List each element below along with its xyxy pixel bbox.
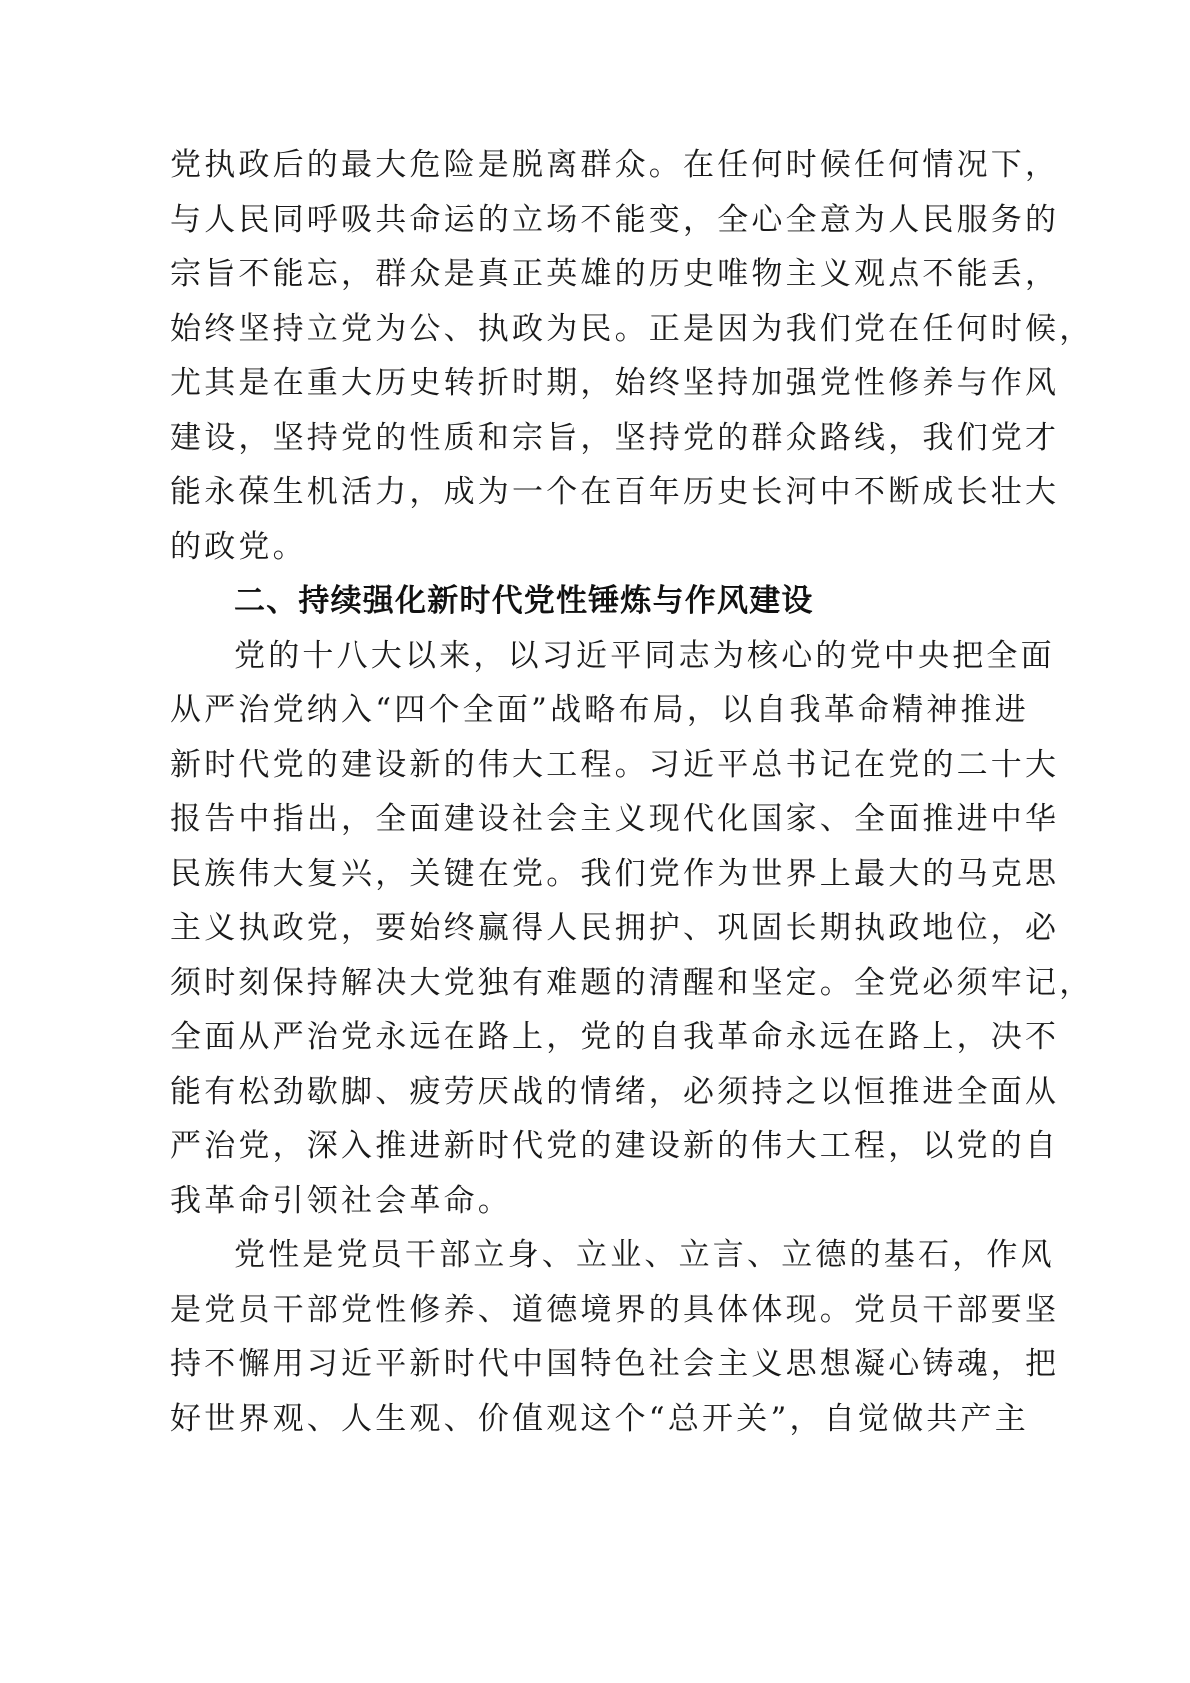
paragraph-line: 民族伟大复兴，关键在党。我们党作为世界上最大的马克思 [170,847,1030,902]
paragraph-line: 与人民同呼吸共命运的立场不能变，全心全意为人民服务的 [170,193,1030,248]
paragraph-line: 始终坚持立党为公、执政为民。正是因为我们党在任何时候， [170,302,1030,357]
paragraph-line: 能有松劲歇脚、疲劳厌战的情绪，必须持之以恒推进全面从 [170,1065,1030,1120]
paragraph-line: 持不懈用习近平新时代中国特色社会主义思想凝心铸魂，把 [170,1337,1030,1392]
paragraph-line: 严治党，深入推进新时代党的建设新的伟大工程，以党的自 [170,1119,1030,1174]
paragraph-line: 是党员干部党性修养、道德境界的具体体现。党员干部要坚 [170,1283,1030,1338]
paragraph-line: 新时代党的建设新的伟大工程。习近平总书记在党的二十大 [170,738,1030,793]
paragraph-line: 党执政后的最大危险是脱离群众。在任何时候任何情况下， [170,138,1030,193]
paragraph-line: 尤其是在重大历史转折时期，始终坚持加强党性修养与作风 [170,356,1030,411]
document-page: 党执政后的最大危险是脱离群众。在任何时候任何情况下， 与人民同呼吸共命运的立场不… [0,0,1190,1683]
paragraph-line: 党性是党员干部立身、立业、立言、立德的基石，作风 [170,1228,1030,1283]
paragraph-2: 党的十八大以来，以习近平同志为核心的党中央把全面 从严治党纳入“四个全面”战略布… [170,629,1030,1229]
section-heading-text: 二、持续强化新时代党性锤炼与作风建设 [170,574,1030,629]
paragraph-3: 党性是党员干部立身、立业、立言、立德的基石，作风 是党员干部党性修养、道德境界的… [170,1228,1030,1446]
paragraph-line: 全面从严治党永远在路上，党的自我革命永远在路上，决不 [170,1010,1030,1065]
paragraph-line: 我革命引领社会革命。 [170,1174,1030,1229]
paragraph-line: 报告中指出，全面建设社会主义现代化国家、全面推进中华 [170,792,1030,847]
paragraph-line: 主义执政党，要始终赢得人民拥护、巩固长期执政地位，必 [170,901,1030,956]
paragraph-line: 好世界观、人生观、价值观这个“总开关”，自觉做共产主 [170,1392,1030,1447]
paragraph-line: 宗旨不能忘，群众是真正英雄的历史唯物主义观点不能丢， [170,247,1030,302]
document-body: 党执政后的最大危险是脱离群众。在任何时候任何情况下， 与人民同呼吸共命运的立场不… [170,138,1030,1446]
paragraph-line: 须时刻保持解决大党独有难题的清醒和坚定。全党必须牢记， [170,956,1030,1011]
paragraph-line: 能永葆生机活力，成为一个在百年历史长河中不断成长壮大 [170,465,1030,520]
paragraph-line: 党的十八大以来，以习近平同志为核心的党中央把全面 [170,629,1030,684]
paragraph-line: 的政党。 [170,520,1030,575]
paragraph-line: 从严治党纳入“四个全面”战略布局，以自我革命精神推进 [170,683,1030,738]
paragraph-1: 党执政后的最大危险是脱离群众。在任何时候任何情况下， 与人民同呼吸共命运的立场不… [170,138,1030,574]
section-heading: 二、持续强化新时代党性锤炼与作风建设 [170,574,1030,629]
paragraph-line: 建设，坚持党的性质和宗旨，坚持党的群众路线，我们党才 [170,411,1030,466]
